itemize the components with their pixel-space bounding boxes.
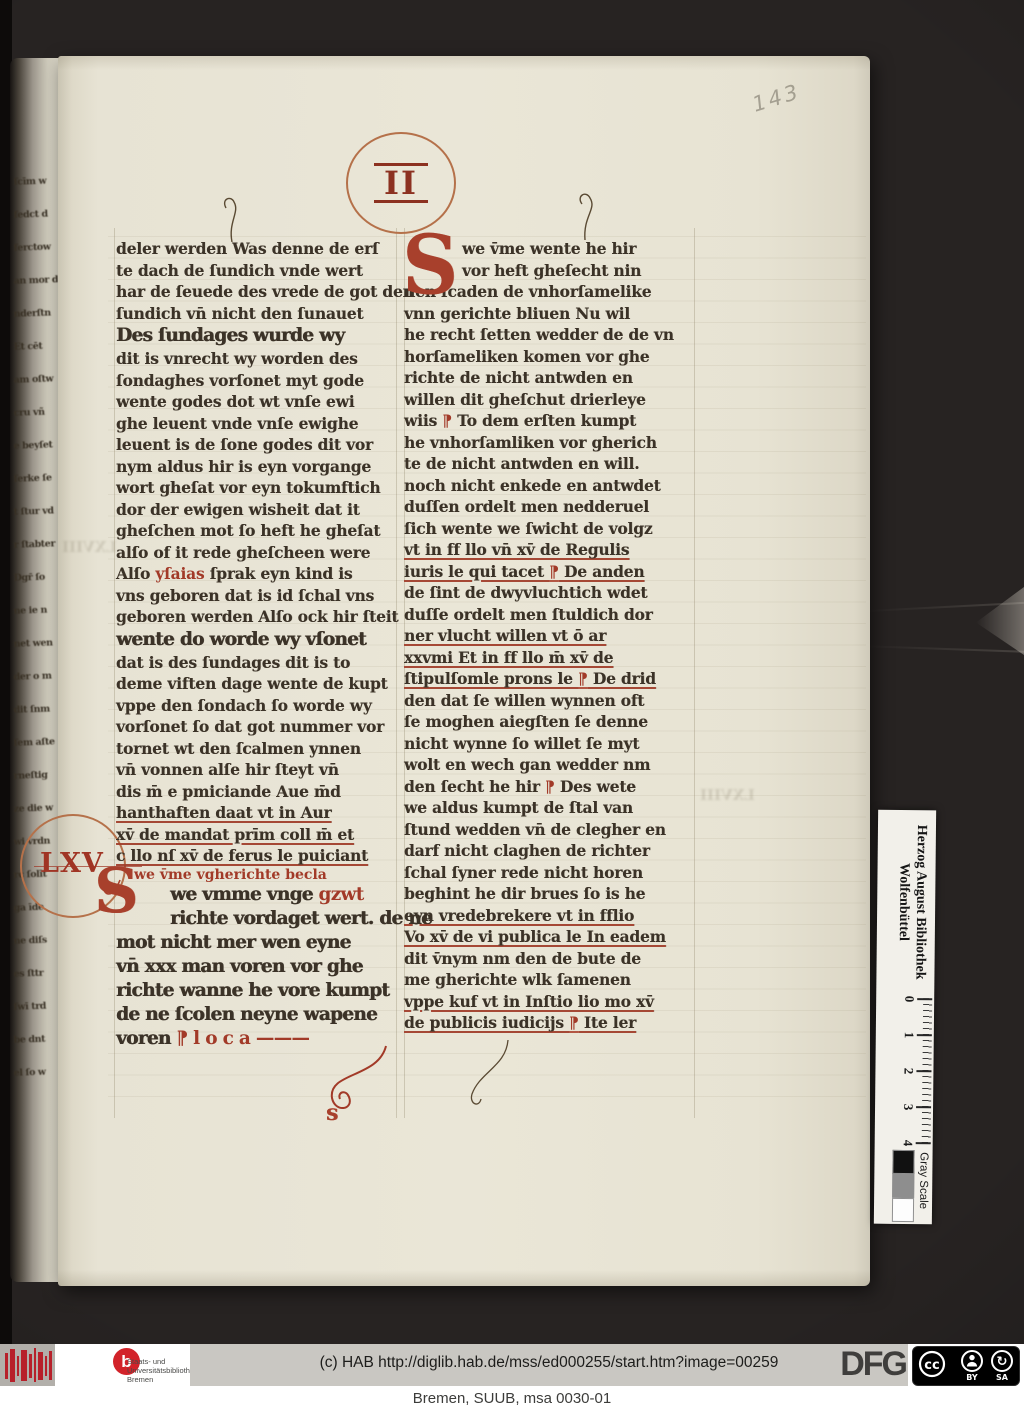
text-line: we vmme vnge gzwt <box>116 883 402 907</box>
text-line: leuent is de ſone godes dit vor <box>116 434 402 456</box>
rubric-segment: ⁋ <box>442 411 452 430</box>
text-line: den ſecht he hir ⁋ Des wete <box>404 776 696 798</box>
gutter-text-fragment: ne ie n <box>13 604 58 639</box>
ruler-number: 1 <box>901 1028 917 1042</box>
text-line: richte de nicht antwden en <box>404 367 696 389</box>
gutter-text-fragment: ſem aſte <box>13 736 58 771</box>
text-line: de ſint de dwyvluchtich wdet <box>404 582 696 604</box>
gutter-text-fragment: Dgr̄ ſo <box>13 571 58 606</box>
previous-page-edge: ſcīm wfedct dferctowan mor dnderſtnEt cē… <box>10 58 60 1282</box>
text-line: ſtund wedden vn̄ de clegher en <box>404 819 696 841</box>
footer-bar: b Staats- und Universitätsbibliothek Bre… <box>0 1344 1024 1409</box>
ruler-number: 2 <box>900 1064 916 1078</box>
bremen-logo-line2: Universitätsbibliothek <box>127 1366 198 1375</box>
dfg-logo: DFG <box>840 1345 906 1384</box>
text-line: he vnhorſamliken vor gherich <box>404 432 696 454</box>
text-line: nym aldus hir is eyn vorgange <box>116 456 402 478</box>
ruler-number: 0 <box>901 992 917 1006</box>
ruler-number: 3 <box>900 1100 916 1114</box>
text-line: deme viften dage wente de kupt <box>116 673 402 695</box>
text-line: xv̄ de mandat prīm coll m̄ et <box>116 824 402 846</box>
grayscale-patch-black <box>892 1150 914 1174</box>
ruler-major-tick <box>916 1106 931 1108</box>
text-line: vt in ff llo vn̄ xv̄ de Regulis <box>404 539 696 561</box>
text-line: c llo nſ xv̄ de ferus le puiciant <box>116 845 402 867</box>
text-line: vppe den ſondach ſo worde wy <box>116 695 402 717</box>
text-line: de publicis iudicijs ⁋ Ite ler <box>404 1012 696 1034</box>
text-line: Vo xv̄ de vi publica le In eadem <box>404 926 696 948</box>
text-line: noch nicht enkede en antwdet <box>404 475 696 497</box>
copyright-url: (c) HAB http://diglib.hab.de/mss/ed00025… <box>190 1354 908 1372</box>
library-name: Herzog August Bibliothek Wolfenbüttel <box>894 814 930 990</box>
gutter-text-fragment: rneſtig <box>13 769 58 804</box>
text-line: richte vordaget wert. de ne <box>116 907 402 931</box>
ruler-scale: 0 1 2 3 4 <box>875 998 935 1147</box>
flourish-letter-s: s <box>326 1100 338 1126</box>
text-line: ghe leuent vnde vnſe ewighe <box>116 413 402 435</box>
svg-text:↻: ↻ <box>997 1355 1008 1370</box>
ruler-major-tick <box>917 998 932 1000</box>
text-line: vn̄ vonnen alſe hir ſteyt vn̄ <box>116 759 402 781</box>
ink-showthrough-left: LXVIII <box>62 538 117 556</box>
gutter-text-fragment: net wen <box>13 637 58 672</box>
grayscale-patch-white <box>892 1198 914 1222</box>
text-line: deler werden Was denne de erſ <box>116 238 402 260</box>
bremen-logo-text: Staats- und Universitätsbibliothek Breme… <box>127 1357 198 1384</box>
gutter-text-fragment: ne diſs <box>13 934 58 969</box>
shelfmark-caption: Bremen, SUUB, msa 0030-01 <box>0 1390 1024 1407</box>
rubric-segment: ⁋ <box>569 1013 579 1032</box>
gutter-text-column: ſcīm wfedct dferctowan mor dnderſtnEt cē… <box>14 176 58 1100</box>
grayscale-patches <box>892 1150 915 1222</box>
text-line: vorſonet ſo dat got nummer vor <box>116 716 402 738</box>
copyright-bar: (c) HAB http://diglib.hab.de/mss/ed00025… <box>190 1344 908 1386</box>
text-line: dit is vnrecht wy worden des <box>116 348 402 370</box>
bremen-logo-line3: Bremen <box>127 1375 198 1384</box>
svg-text:cc: cc <box>924 1358 939 1373</box>
grayscale-target: Gray Scale <box>892 1150 930 1222</box>
text-line: har de ſeuede des vrede de got den <box>116 281 402 303</box>
text-line: te dach de ſundich vnde wert <box>116 260 402 282</box>
text-line: Des ſundages wurde wy <box>116 324 402 348</box>
text-line: ſondaghes vorſonet myt gode <box>116 370 402 392</box>
text-line: we v̄me vgherichte becla <box>116 867 402 883</box>
text-line: wort gheſat vor eyn tokumftich <box>116 477 402 499</box>
grayscale-label: Gray Scale <box>917 1150 930 1222</box>
cc-by-sa-icons: cc BY ↻ SA <box>913 1347 1019 1385</box>
gutter-text-fragment: be dnt <box>13 1033 58 1068</box>
gutter-text-fragment: ſcīm w <box>13 175 58 210</box>
text-line: iuris le qui tacet ⁋ De anden <box>404 561 696 583</box>
library-name-line1: Herzog August Bibliothek <box>911 814 930 990</box>
gutter-text-fragment: cru vñ <box>13 406 58 441</box>
cc-license-badge: cc BY ↻ SA <box>912 1346 1020 1386</box>
text-line: voren ⁋ l o c a ——— <box>116 1027 402 1051</box>
gutter-text-fragment: Et cēt <box>13 340 58 375</box>
gutter-text-fragment: t ſtur vd <box>13 505 58 540</box>
gutter-text-fragment: nderſtn <box>13 307 58 342</box>
text-column-right: we v̄me wente he hirvor heft gheſecht ni… <box>404 238 696 1034</box>
ink-showthrough-right: LXVIII <box>700 786 755 804</box>
text-line: ſtipulſomle prons le ⁋ De drid <box>404 668 696 690</box>
suub-stripes-logo <box>0 1344 55 1386</box>
text-line: ſchal ſyner rede nicht horen <box>404 862 696 884</box>
text-line: gheſchen mot ſo heft he gheſat <box>116 520 402 542</box>
lombard-initial-left: S <box>94 862 139 920</box>
text-line: horſameliken komen vor ghe <box>404 346 696 368</box>
text-line: vppe kuf vt in Inſtio lio mo xv̄ <box>404 991 696 1013</box>
text-line: we aldus kumpt de ſtal van <box>404 797 696 819</box>
text-line: richte wanne he vore kumpt <box>116 979 402 1003</box>
text-line: eyn vredebrekere vt in fflio <box>404 905 696 927</box>
text-line: wiis ⁋ To dem erſten kumpt <box>404 410 696 432</box>
ruler-major-tick <box>917 1034 932 1036</box>
gutter-text-fragment: fedct d <box>13 208 58 243</box>
gutter-text-fragment: ſerke ſe <box>13 472 58 507</box>
text-line: darf nicht claghen de richter <box>404 840 696 862</box>
svg-text:SA: SA <box>996 1373 1009 1382</box>
text-line: xxvmi Et in ff llo m̄ xv̄ de <box>404 647 696 669</box>
ruler-number: 4 <box>900 1136 916 1150</box>
gutter-text-fragment: dit ſnm <box>13 703 58 738</box>
quire-mark-numeral: II <box>374 163 428 203</box>
text-line: vns geboren dat is id ſchal vns <box>116 585 402 607</box>
gutter-text-fragment: am oſtw <box>13 373 58 408</box>
text-line: mot nicht mer wen eyne <box>116 931 402 955</box>
rubric-segment: ⁋ <box>578 669 588 688</box>
gutter-text-fragment: ferctow <box>13 241 58 276</box>
text-line: wolt en wech gan wedder nm <box>404 754 696 776</box>
text-line: wente godes dot wt vnſe ewi <box>116 391 402 413</box>
text-line: de ne ſcolen neyne wapene <box>116 1003 402 1027</box>
text-line: he recht ſetten wedder de de vn <box>404 324 696 346</box>
text-line: me gherichte wlk ſamenen <box>404 969 696 991</box>
calibration-strip-content: Herzog August Bibliothek Wolfenbüttel 0 … <box>874 810 936 1225</box>
text-line: beghint he dir brues ſo is he <box>404 883 696 905</box>
grayscale-patch-gray <box>892 1174 914 1198</box>
text-line: tornet wt den ſcalmen ynnen <box>116 738 402 760</box>
text-line: vn̄ xxx man voren vor ghe <box>116 955 402 979</box>
bremen-library-logo: b Staats- und Universitätsbibliothek Bre… <box>55 1344 190 1386</box>
text-line: dat is des ſundages dit is to <box>116 652 402 674</box>
ruler-major-tick <box>916 1070 931 1072</box>
gutter-text-fragment: ſwī trd <box>13 1000 58 1035</box>
text-line: nicht wynne ſo willet ſe myt <box>404 733 696 755</box>
text-line: dis m̄ e pmiciande Aue m̄d <box>116 781 402 803</box>
text-line: hanthaften daat vt in Aur <box>116 802 402 824</box>
lombard-initial-right: S <box>402 228 458 304</box>
text-line: Alſo yſaias ſprak eyn kind is <box>116 563 402 585</box>
frame-line-left <box>114 228 115 1118</box>
rubric-segment: ⁋ l o c a ——— <box>176 1028 309 1049</box>
text-line: ſe moghen aiegſten ſe denne <box>404 711 696 733</box>
gutter-text-fragment: r ſtabter <box>13 538 58 573</box>
text-line: dit v̄nym nm den de bute de <box>404 948 696 970</box>
calibration-strip: Herzog August Bibliothek Wolfenbüttel 0 … <box>874 810 936 1225</box>
text-line: ſundich vn̄ nicht den ſunauet <box>116 303 402 325</box>
text-column-left: deler werden Was denne de erſte dach de … <box>116 238 402 1051</box>
text-line: ſich wente we ſwicht de volgz <box>404 518 696 540</box>
ruler-major-tick <box>916 1142 931 1144</box>
gutter-text-fragment: el ſo w <box>13 1066 58 1101</box>
rubric-segment: gzwt <box>319 884 364 905</box>
text-line: duſſe ordelt men ſtuldich dor <box>404 604 696 626</box>
rubric-segment: ⁋ <box>549 562 559 581</box>
text-line: wente do worde wy vſonet <box>116 628 402 652</box>
gutter-text-fragment: e beyſet <box>13 439 58 474</box>
text-line: geboren werden Alſo ock hir ſteit <box>116 606 402 628</box>
text-line: duſſen ordelt men nedderuel <box>404 496 696 518</box>
rubric-segment: ⁋ <box>545 777 555 796</box>
gutter-text-fragment: es ſttr <box>13 967 58 1002</box>
digitized-manuscript-scan: { "scan": { "folio_pencil": "143", "quir… <box>0 0 1024 1409</box>
text-line: alſo of it rede gheſcheen were <box>116 542 402 564</box>
text-line: ner vlucht willen vt ō ar <box>404 625 696 647</box>
text-line: te de nicht antwden en will. <box>404 453 696 475</box>
gutter-text-fragment: an mor d <box>13 274 58 309</box>
rubric-segment: yſaias <box>155 564 204 583</box>
text-line: willen dit gheſchut drierleye <box>404 389 696 411</box>
gutter-text-fragment: der o m <box>13 670 58 705</box>
bremen-logo-line1: Staats- und <box>127 1357 198 1366</box>
text-line: den dat ſe willen wynnen oft <box>404 690 696 712</box>
svg-text:BY: BY <box>966 1373 978 1382</box>
library-name-line2: Wolfenbüttel <box>894 814 913 990</box>
text-line: dor der ewigen wisheit dat it <box>116 499 402 521</box>
